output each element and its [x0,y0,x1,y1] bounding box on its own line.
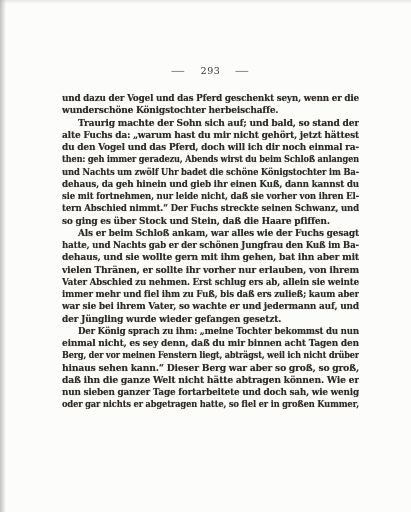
text-line-content: wunderschöne Königstochter herbeischaffe… [62,105,278,117]
text-line-content: tern Abschied nimmt.“ Der Fuchs streckte… [62,203,359,215]
text-line: du den Vogel und das Pferd, doch will ic… [62,142,359,154]
text-line: Traurig machte der Sohn sich auf; und ba… [62,118,359,130]
text-line-content: und Nachts um zwölf Uhr badet die schöne… [62,167,359,179]
book-page-scan: — 293 — und dazu der Vogel und das Pferd… [0,0,411,512]
text-line-content: und dazu der Vogel und das Pferd geschen… [62,93,359,105]
text-line: Der König sprach zu ihm: „meine Tochter … [62,326,359,338]
header-dash-right: — [235,66,250,77]
text-line-content: so ging es über Stock und Stein, daß die… [62,216,330,228]
text-line-content: oder gar nichts er abgetragen hatte, so … [62,399,359,411]
text-line-content: then: geh immer geradezu, Abends wirst d… [62,154,359,166]
text-line-content: einmal nicht, es sey denn, daß du mir bi… [62,338,359,350]
text-line: und Nachts um zwölf Uhr badet die schöne… [62,167,359,179]
text-line: vielen Thränen, er sollte ihr vorher nur… [62,265,359,277]
text-line: so ging es über Stock und Stein, daß die… [62,216,359,228]
text-line: then: geh immer geradezu, Abends wirst d… [62,154,359,166]
text-line: alte Fuchs da: „warum hast du mir nicht … [62,130,359,142]
text-line-content: hatte, und Nachts gab er der schönen Jun… [62,240,359,252]
text-line: dehaus, da geh hinein und gieb ihr einen… [62,179,359,191]
text-line: oder gar nichts er abgetragen hatte, so … [62,399,359,411]
text-line: immer mehr und fiel ihm zu Fuß, bis daß … [62,289,359,301]
text-line-content: Traurig machte der Sohn sich auf; und ba… [78,118,359,130]
text-line: der Jüngling wurde wieder gefangen geset… [62,314,359,326]
text-line: nun sieben ganzer Tage fortarbeitete und… [62,387,359,399]
text-line-content: der Jüngling wurde wieder gefangen geset… [62,314,281,326]
text-line-content: Als er beim Schloß ankam, war alles wie … [78,228,359,240]
text-line-content: immer mehr und fiel ihm zu Fuß, bis daß … [62,289,359,301]
text-line-content: Berg, der vor meinen Fenstern liegt, abt… [62,350,359,362]
text-line: daß ihn die ganze Welt nicht hätte abtra… [62,375,359,387]
text-line: dehaus, und sie wollte gern mit ihm gehe… [62,252,359,264]
page-header: — 293 — [62,64,359,78]
text-line: Vater Abschied zu nehmen. Erst schlug er… [62,277,359,289]
text-line-content: alte Fuchs da: „warum hast du mir nicht … [62,130,359,142]
scan-edge-shadow [0,0,6,512]
text-line-content: vielen Thränen, er sollte ihr vorher nur… [62,265,359,277]
text-line-content: hinaus sehen kann.“ Dieser Berg war aber… [62,363,359,375]
text-line: hatte, und Nachts gab er der schönen Jun… [62,240,359,252]
text-line: war sie bei ihrem Vater, so wachte er un… [62,301,359,313]
body-text: und dazu der Vogel und das Pferd geschen… [62,93,359,412]
text-line: Berg, der vor meinen Fenstern liegt, abt… [62,350,359,362]
text-line: Als er beim Schloß ankam, war alles wie … [62,228,359,240]
header-dash-left: — [171,66,186,77]
text-line-content: dehaus, da geh hinein und gieb ihr einen… [62,179,359,191]
text-line-content: du den Vogel und das Pferd, doch will ic… [62,142,359,154]
text-line-content: nun sieben ganzer Tage fortarbeitete und… [62,387,359,399]
text-line: wunderschöne Königstochter herbeischaffe… [62,105,359,117]
text-line-content: war sie bei ihrem Vater, so wachte er un… [62,301,359,313]
text-line: hinaus sehen kann.“ Dieser Berg war aber… [62,363,359,375]
text-line-content: dehaus, und sie wollte gern mit ihm gehe… [62,252,359,264]
text-line: und dazu der Vogel und das Pferd geschen… [62,93,359,105]
text-line: tern Abschied nimmt.“ Der Fuchs streckte… [62,203,359,215]
page-number: 293 [201,66,221,77]
text-line-content: Der König sprach zu ihm: „meine Tochter … [78,326,359,338]
text-line-content: daß ihn die ganze Welt nicht hätte abtra… [62,375,359,387]
scan-top-shadow [0,0,411,4]
text-line-content: sie mit fortnehmen, nur leide nicht, daß… [62,191,359,203]
text-line-content: Vater Abschied zu nehmen. Erst schlug er… [62,277,359,289]
text-line: sie mit fortnehmen, nur leide nicht, daß… [62,191,359,203]
text-line: einmal nicht, es sey denn, daß du mir bi… [62,338,359,350]
